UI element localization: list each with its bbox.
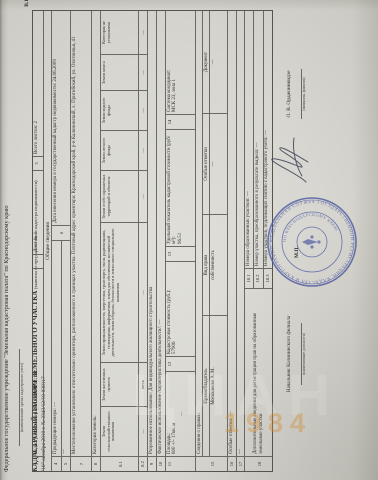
official-name: О. В. Орджоникидзе (инициалы, фамилия) [286,36,310,152]
cell-num-12: 12 [166,356,195,371]
cell-num-15: 15 [196,456,227,471]
category-water: Земли водного фонда [101,90,138,130]
category-not-set-value: — [139,11,147,54]
sheet-number-cell: Лист № 1 [33,170,43,254]
table-row-4: 4 Предыдущие номера: — [52,241,62,471]
right-type-value: собственность [210,215,217,315]
actual-use-cell: Фактическое использование /характеристик… [157,11,165,456]
formed-parcels-label: Номера образованных участков: [246,197,251,266]
table-row-8: 8 Категория земель: [92,11,101,471]
area-extra: — [178,374,183,454]
agency-name: Федеральное государственное учреждение "… [3,10,10,472]
cadastral-value-cell: Кадастровая стоимость (руб.): 57906 [166,261,195,356]
location-cell: Местоположение установлено относительно … [71,11,91,456]
category-industry: Земли промышленности, энергетики, трансп… [101,222,138,362]
coordinate-system-cell: Система координат: МСК 23, зона 1 [166,11,195,114]
cell-num-17: 17 [237,456,244,471]
land-category-label: Категория земель: [92,11,100,456]
total-sheets-cell: Всего листов: 2 [33,11,43,156]
table-row-7: 7 Местоположение установлено относительн… [71,11,92,471]
table-row-1: 1 Кадастровый номер 23:10:0104002:181 2 … [33,11,44,471]
table-row-5: 5 — [62,241,71,471]
table-row-8-1: 8.1 Земли сельскохозяйственного назначен… [101,11,139,471]
cell-num-7: 7 [71,456,91,471]
cell-num-4: 4 [52,456,61,471]
rights-label: Сведения о правах: [196,11,203,456]
cell-num-6: 6 [52,225,70,240]
transformed-parcel-label: Номер участка, преобразованного в резуль… [255,149,260,266]
passport-table: 1 Кадастровый номер 23:10:0104002:181 2 … [32,10,273,472]
section-general-header: Общие сведения [44,11,52,471]
table-row-9: 9 Разрешенное использование: Для индивид… [148,11,157,471]
table-row-18-2: 18.2 Номер участка, преобразованного в р… [254,11,263,288]
cadastral-number-cell: Кадастровый номер 23:10:0104002:181 [33,268,43,456]
official-name-text: О. В. Орджоникидзе [286,36,292,152]
area-cell: Площадь: 600 +/- 17кв. м — [166,371,195,456]
table-row-18-1: 18.1 Номера образованных участков: — [245,11,254,288]
rights-holder-value: Москаленко А. М. [210,316,217,456]
category-settlements: Земли населенных пунктов [101,362,138,406]
category-agricultural: Земли сельскохозяйственного назначения [101,406,138,456]
category-industry-value: — [139,222,147,362]
special-notes-column: Особые отметки — [203,113,227,214]
permitted-use-cell: Разрешенное использование: Для индивидуа… [148,11,156,456]
rights-holder-header: Правообладатель [203,316,210,456]
specific-value-value: 96.51 [178,132,184,244]
cell-num-2: 2 [33,254,43,268]
cell-num-18-2: 18.2 [254,268,262,288]
document-column-header: Документ [203,11,210,113]
special-marks-cell: Особые отметки: — [228,11,236,456]
cell-num-14: 14 [166,114,195,129]
cell-num-18: 18 [245,456,272,471]
category-water-value: — [139,90,147,130]
table-row-10: 10 Фактическое использование /характерис… [157,11,166,471]
cell-num-8: 8 [92,456,100,471]
table-rows-4-6: 4 Предыдущие номера: — 5 — 6 Дата внесен… [52,11,71,471]
category-protected-value: — [139,170,147,222]
official-name-caption: (инициалы, фамилия) [301,69,306,118]
cell-num-16: 16 [228,456,236,471]
formed-parcels-cell: Номера образованных участков: — [245,11,253,268]
form-marker: В.1 [24,0,30,7]
gkn-date-value: 24.06.2009 [53,59,58,82]
table-row-8-2: 8.2 — весь — — — — — — [139,11,148,471]
previous-numbers-cell: Предыдущие номера: — [52,241,61,456]
transformed-parcel-value: — [255,143,260,148]
agency-caption: (наименование органа кадастрового учета) [19,349,24,446]
table-row-15: 15 Сведения о правах: Правообладатель Мо… [196,11,228,471]
table-row-16: 16 Особые отметки: — [228,11,237,471]
document-photo: Федеральное государственное учреждение "… [0,0,378,480]
special-notes-value: — [210,114,217,214]
special-marks-label: Особые отметки: [229,418,234,454]
document-column-value: — [210,11,217,113]
transformed-parcel-cell: Номер участка, преобразованного в резуль… [254,11,262,268]
actual-use-label: Фактическое использование /характеристик… [158,326,163,454]
official-stamp: ФЕДЕРАЛЬНАЯ СЛУЖБА ГОСУДАРСТВЕННОЙ РЕГИС… [264,194,360,290]
right-type-column: Вид права собственность [203,214,227,315]
category-protected: Земли особо охраняемых территорий и объе… [101,170,138,222]
additional-info-label: Дополнительные сведения для регистрации … [245,288,272,456]
cadastral-number-label: Кадастровый номер [34,412,39,454]
table-row-17: 17 — [237,11,245,471]
specific-value-cell: Удельный показатель кадастровой стоимост… [166,129,195,246]
category-forest: Земли лесного фонда [101,130,138,170]
category-reserve-value: — [139,54,147,90]
gkn-date-label: Дата внесения номера в государственный к… [53,83,58,223]
category-reserve: Земли запаса [101,54,138,90]
special-notes-header: Особые отметки [203,114,210,214]
cell-num-3: 3 [33,156,43,170]
cadastral-value-value: 57906 [172,264,178,354]
row-5-value: — [62,241,71,456]
cell-num-9: 9 [148,456,156,471]
special-marks-value: — [229,411,234,416]
cell-num-18-1: 18.1 [245,268,253,288]
official-position: Начальник Калининского филиала (наименов… [286,266,310,442]
category-settlements-value: весь [139,362,147,406]
category-forest-value: — [139,130,147,170]
previous-numbers-value: — [53,402,58,407]
cadastral-passport-page: Федеральное государственное учреждение "… [0,0,378,480]
specific-value-label: Удельный показатель кадастровой стоимост… [167,132,179,244]
cell-num-8-2: 8.2 [139,456,147,471]
previous-numbers-label: Предыдущие номера: [53,408,58,454]
category-agricultural-value: — [139,406,147,456]
cell-num-11: 11 [166,456,195,471]
cell-num-13: 13 [166,246,195,261]
cell-num-10: 10 [157,456,165,471]
cell-num-8-1: 8.1 [101,456,138,471]
cell-num-5: 5 [62,456,71,471]
coordinate-system-value: МСК 23, зона 1 [172,13,178,112]
right-type-header: Вид права [203,215,210,315]
cadastral-number-value: 23:10:0104002:181 [34,370,39,410]
rights-holder-column: Правообладатель Москаленко А. М. [203,315,227,456]
cell-num-1: 1 [33,456,43,471]
official-position-caption: (наименование должности) [301,323,306,385]
official-position-text: Начальник Калининского филиала [286,266,292,442]
document-column: Документ — [203,11,227,113]
row-17-value: — [237,11,244,456]
permitted-use-label: Разрешенное использование: [149,392,154,454]
permitted-use-value: Для индивидуального жилищного строительс… [149,287,154,391]
category-not-set: Категория не установлена [101,11,138,54]
gkn-date-cell: Дата внесения номера в государственный к… [52,11,70,225]
actual-use-value: — [158,320,163,325]
table-rows-11-14: 11 Площадь: 600 +/- 17кв. м — 12 Кадастр… [166,11,196,471]
formed-parcels-value: — [246,191,251,196]
